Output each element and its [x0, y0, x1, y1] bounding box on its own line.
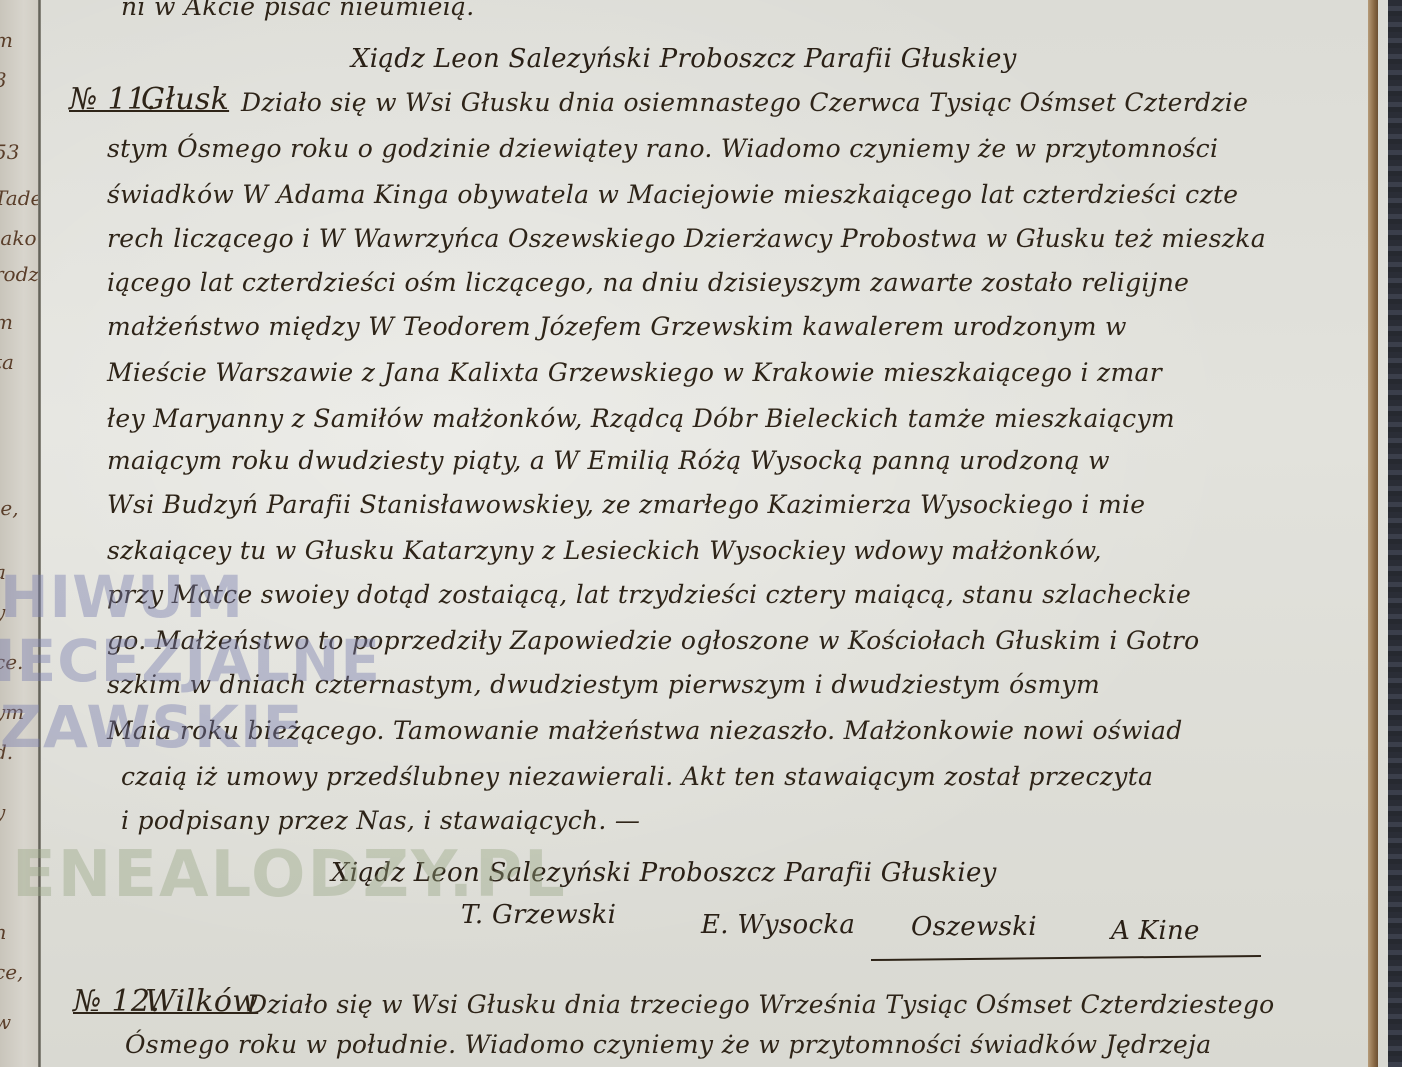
register-page: ni w Akcie pisać nieumieią. Xiądz Leon S…	[41, 0, 1390, 1067]
entry-line: świadków W Adama Kinga obywatela w Macie…	[107, 180, 1238, 209]
page-edge	[1368, 0, 1378, 1067]
priest-signature: Xiądz Leon Salezyński Proboszcz Parafii …	[331, 858, 997, 888]
entry-line: czaią iż umowy przedślubney niezawierali…	[121, 762, 1153, 791]
witness-signature: Oszewski	[911, 912, 1037, 942]
book-cover-edge	[1388, 0, 1402, 1067]
entry-line: iącego lat czterdzieści ośm liczącego, n…	[107, 268, 1189, 297]
entry-line: szkim w dniach czternastym, dwudziestym …	[107, 670, 1100, 699]
entry-place: Wilków	[145, 984, 258, 1019]
entry-line: Wsi Budzyń Parafii Stanisławowskiey, ze …	[107, 490, 1145, 519]
entry-place: Głusk	[141, 82, 229, 117]
entry-line: Działo się w Wsi Głusku dnia osiemnasteg…	[241, 88, 1248, 117]
margin-notes: m 3 53 Tade iako rodz. m ta ie, a y ce. …	[0, 0, 40, 1067]
witness-signature: A Kine	[1111, 916, 1200, 946]
entry-line: łey Maryanny z Samiłów małżonków, Rządcą…	[107, 404, 1175, 433]
previous-entry-priest-signature: Xiądz Leon Salezyński Proboszcz Parafii …	[351, 44, 1017, 74]
entry-line: i podpisany przez Nas, i stawaiących. —	[121, 806, 640, 835]
entry-line: stym Ósmego roku o godzinie dziewiątey r…	[107, 134, 1218, 163]
signature-flourish	[871, 955, 1261, 961]
previous-entry-fragment: ni w Akcie pisać nieumieią.	[121, 0, 474, 21]
entry-line: maiącym roku dwudziesty piąty, a W Emili…	[107, 446, 1110, 475]
entry-line: rech liczącego i W Wawrzyńca Oszewskiego…	[107, 224, 1266, 253]
entry-line: małżeństwo między W Teodorem Józefem Grz…	[107, 312, 1127, 341]
bride-signature: E. Wysocka	[701, 910, 855, 940]
entry-line: Ósmego roku w południe. Wiadomo czyniemy…	[125, 1030, 1211, 1059]
entry-line: go. Małżeństwo to poprzedziły Zapowiedzi…	[107, 626, 1200, 655]
register-scan: m 3 53 Tade iako rodz. m ta ie, a y ce. …	[0, 0, 1402, 1067]
groom-signature: T. Grzewski	[461, 900, 616, 930]
entry-line: Mieście Warszawie z Jana Kalixta Grzewsk…	[107, 358, 1162, 387]
entry-line: Działo się w Wsi Głusku dnia trzeciego W…	[247, 990, 1275, 1019]
entry-line: Maia roku bieżącego. Tamowanie małżeństw…	[107, 716, 1183, 745]
entry-line: przy Matce swoiey dotąd zostaiącą, lat t…	[107, 580, 1191, 609]
entry-line: szkaiącey tu w Głusku Katarzyny z Lesiec…	[107, 536, 1102, 565]
